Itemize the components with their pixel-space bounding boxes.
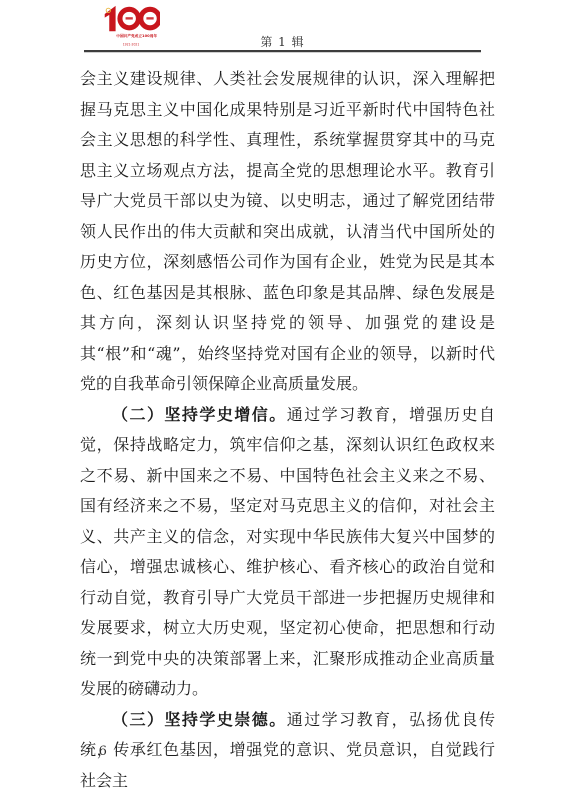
header-rule bbox=[84, 50, 481, 53]
paragraph-3: （三）坚持学史崇德。通过学习教育，弘扬优良传统，传承红色基因，增强党的意识、党员… bbox=[80, 705, 495, 797]
page-number: – 6 – bbox=[84, 744, 124, 759]
paragraph-1-text: 会主义建设规律、人类社会发展规律的认识，深入理解把握马克思主义中国化成果特别是习… bbox=[80, 69, 495, 393]
paragraph-2-text: 通过学习教育，增强历史自觉，保持战略定力，筑牢信仰之基，深刻认识红色政权来之不易… bbox=[80, 405, 495, 699]
paragraph-3-lead: （三）坚持学史崇德。 bbox=[112, 710, 287, 729]
paragraph-2-lead: （二）坚持学史增信。 bbox=[112, 405, 287, 424]
document-page: 中国共产党成立100周年 1921-2021 第 1 辑 会主义建设规律、人类社… bbox=[0, 0, 565, 800]
logo-100-icon bbox=[102, 4, 160, 34]
paragraph-1: 会主义建设规律、人类社会发展规律的认识，深入理解把握马克思主义中国化成果特别是习… bbox=[80, 64, 495, 400]
paragraph-2: （二）坚持学史增信。通过学习教育，增强历史自觉，保持战略定力，筑牢信仰之基，深刻… bbox=[80, 400, 495, 705]
page-footer: – 6 – bbox=[84, 744, 124, 759]
document-body: 会主义建设规律、人类社会发展规律的认识，深入理解把握马克思主义中国化成果特别是习… bbox=[80, 64, 495, 796]
edition-label: 第 1 辑 bbox=[84, 33, 481, 50]
